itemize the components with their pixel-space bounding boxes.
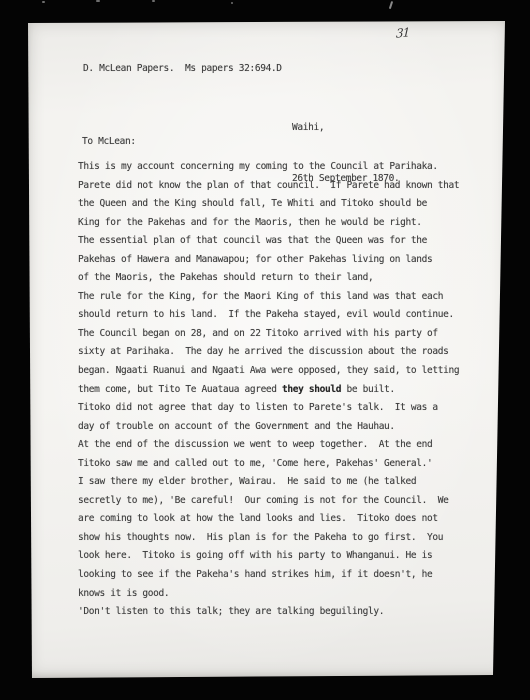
letter-page: 31 D. McLean Papers. Ms papers 32:694.D … bbox=[28, 21, 508, 678]
letter-line: look here. Titoko is going off with his … bbox=[78, 547, 459, 566]
letter-line: The Council began on 28, and on 22 Titok… bbox=[78, 325, 459, 344]
letter-text: At the end of the discussion we went to … bbox=[78, 439, 432, 450]
letter-line: King for the Pakehas and for the Maoris,… bbox=[78, 214, 459, 233]
letter-line: I saw there my elder brother, Wairau. He… bbox=[78, 473, 459, 492]
letter-line: At the end of the discussion we went to … bbox=[78, 436, 459, 455]
letter-line: are coming to look at how the land looks… bbox=[78, 510, 459, 529]
letter-text: 'Don't listen to this talk; they are tal… bbox=[78, 606, 384, 617]
letter-text: The rule for the King, for the Maori Kin… bbox=[78, 291, 443, 302]
letter-text: secretly to me), 'Be careful! Our coming… bbox=[78, 495, 449, 506]
letter-line: Pakehas of Hawera and Manawapou; for oth… bbox=[78, 251, 459, 270]
film-speck bbox=[96, 0, 100, 2]
letter-line: of the Maoris, the Pakehas should return… bbox=[78, 269, 459, 288]
letter-line: them come, but Tito Te Auataua agreed th… bbox=[78, 381, 459, 400]
letter-body: This is my account concerning my coming … bbox=[78, 158, 459, 622]
letter-text: be built. bbox=[341, 384, 395, 395]
letter-text: I saw there my elder brother, Wairau. He… bbox=[78, 476, 416, 487]
letter-text-bold: they should bbox=[282, 384, 341, 395]
letter-line: looking to see if the Pakeha's hand stri… bbox=[78, 566, 459, 585]
salutation: To McLean: bbox=[82, 135, 136, 148]
letter-text: the Queen and the King should fall, Te W… bbox=[78, 198, 427, 209]
scan-background: 31 D. McLean Papers. Ms papers 32:694.D … bbox=[0, 0, 530, 700]
letter-line: Titoko saw me and called out to me, 'Com… bbox=[78, 455, 459, 474]
letter-text: sixty at Parihaka. The day he arrived th… bbox=[78, 346, 449, 357]
letter-text: King for the Pakehas and for the Maoris,… bbox=[78, 217, 422, 228]
letter-text: day of trouble on account of the Governm… bbox=[78, 421, 395, 432]
letter-text: are coming to look at how the land looks… bbox=[78, 513, 438, 524]
letter-text: Titoko did not agree that day to listen … bbox=[78, 402, 438, 413]
letter-line: The rule for the King, for the Maori Kin… bbox=[78, 288, 459, 307]
letter-text: Parete did not know the plan of that cou… bbox=[78, 180, 459, 191]
letter-line: knows it is good. bbox=[78, 585, 459, 604]
film-speck bbox=[152, 0, 155, 2]
letter-text: The Council began on 28, and on 22 Titok… bbox=[78, 328, 438, 339]
letter-line: sixty at Parihaka. The day he arrived th… bbox=[78, 343, 459, 362]
letter-text: looking to see if the Pakeha's hand stri… bbox=[78, 569, 432, 580]
letter-line: The essential plan of that council was t… bbox=[78, 232, 459, 251]
letter-text: knows it is good. bbox=[78, 588, 169, 599]
letter-line: Titoko did not agree that day to listen … bbox=[78, 399, 459, 418]
letter-line: This is my account concerning my coming … bbox=[78, 158, 459, 177]
letter-text: began. Ngaati Ruanui and Ngaati Awa were… bbox=[78, 365, 459, 376]
film-speck bbox=[42, 1, 45, 3]
letter-text: Pakehas of Hawera and Manawapou; for oth… bbox=[78, 254, 432, 265]
letter-line: should return to his land. If the Pakeha… bbox=[78, 306, 459, 325]
film-scratch bbox=[389, 1, 393, 9]
letter-text: them come, but Tito Te Auataua agreed bbox=[78, 384, 282, 395]
letter-line: began. Ngaati Ruanui and Ngaati Awa were… bbox=[78, 362, 459, 381]
letter-line: 'Don't listen to this talk; they are tal… bbox=[78, 603, 459, 622]
page-number-annotation: 31 bbox=[396, 25, 410, 41]
letter-line: day of trouble on account of the Governm… bbox=[78, 418, 459, 437]
letter-text: look here. Titoko is going off with his … bbox=[78, 550, 432, 561]
letter-text: show his thoughts now. His plan is for t… bbox=[78, 532, 443, 543]
letter-text: Titoko saw me and called out to me, 'Com… bbox=[78, 458, 432, 469]
film-speck bbox=[231, 2, 233, 4]
letter-text: This is my account concerning my coming … bbox=[78, 161, 438, 172]
letter-line: Parete did not know the plan of that cou… bbox=[78, 177, 459, 196]
letter-text: should return to his land. If the Pakeha… bbox=[78, 309, 454, 320]
letter-text: of the Maoris, the Pakehas should return… bbox=[78, 272, 373, 283]
letter-text: The essential plan of that council was t… bbox=[78, 235, 427, 246]
place-line: Waihi, bbox=[292, 119, 399, 136]
letter-line: secretly to me), 'Be careful! Our coming… bbox=[78, 492, 459, 511]
letter-line: show his thoughts now. His plan is for t… bbox=[78, 529, 459, 548]
letter-line: the Queen and the King should fall, Te W… bbox=[78, 195, 459, 214]
collection-header: D. McLean Papers. Ms papers 32:694.D bbox=[83, 62, 282, 75]
